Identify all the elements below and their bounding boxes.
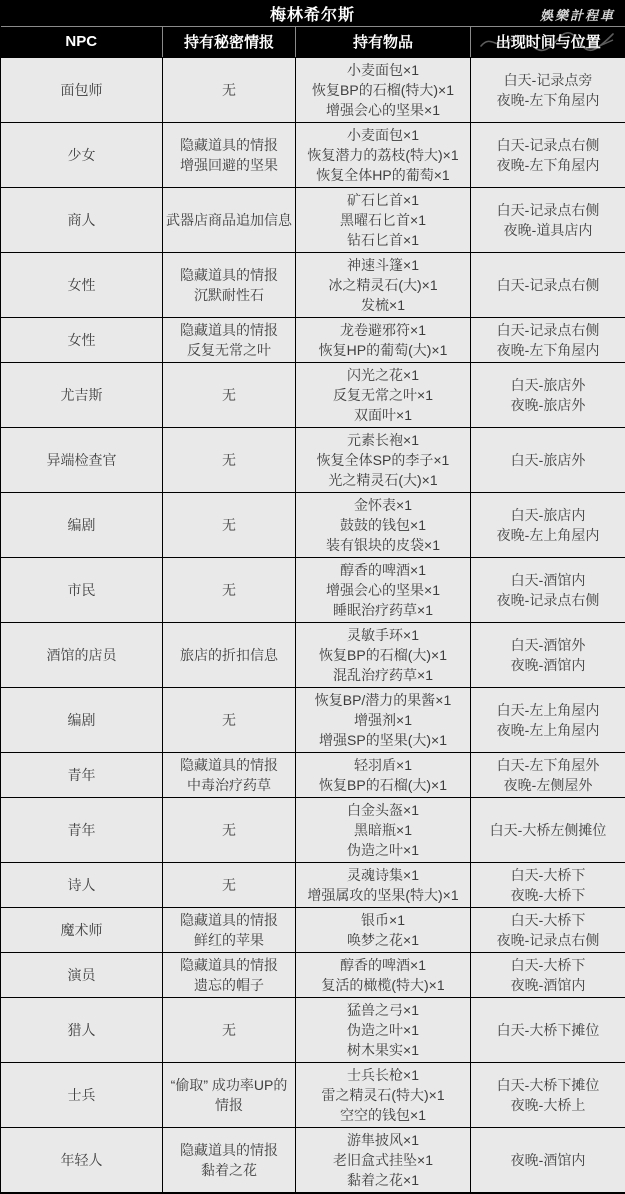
npc-cell: 尤吉斯 — [1, 363, 163, 428]
secret-info-cell: 隐藏道具的情报遗忘的帽子 — [163, 953, 296, 998]
text-line: 轻羽盾×1 — [299, 755, 467, 775]
secret-info-cell: 隐藏道具的情报增强回避的坚果 — [163, 123, 296, 188]
title-bar: 梅林希尔斯 娛樂計程車 — [0, 0, 625, 26]
text-line: 隐藏道具的情报 — [166, 135, 292, 155]
table-row: 女性隐藏道具的情报反复无常之叶龙卷避邪符×1恢复HP的葡萄(大)×1白天-记录点… — [1, 318, 625, 363]
text-line: 金怀表×1 — [299, 495, 467, 515]
text-line: 夜晚-旅店外 — [474, 395, 622, 415]
items-cell: 灵敏手环×1恢复BP的石榴(大)×1混乱治疗药草×1 — [296, 623, 471, 688]
location-cell: 白天-大桥下摊位 — [471, 998, 625, 1063]
text-line: 隐藏道具的情报 — [166, 955, 292, 975]
text-line: 演员 — [4, 965, 159, 985]
text-line: 青年 — [4, 765, 159, 785]
text-line: 魔术师 — [4, 920, 159, 940]
items-cell: 猛兽之弓×1伪造之叶×1树木果实×1 — [296, 998, 471, 1063]
items-cell: 龙卷避邪符×1恢复HP的葡萄(大)×1 — [296, 318, 471, 363]
npc-table: NPC 持有秘密情报 持有物品 出现时间与位置 面包师无小麦面包×1恢复BP的石… — [0, 26, 625, 1194]
secret-info-cell: 隐藏道具的情报中毒治疗药草 — [163, 753, 296, 798]
text-line: 白天-大桥下 — [474, 955, 622, 975]
items-cell: 元素长袍×1恢复全体SP的李子×1光之精灵石(大)×1 — [296, 428, 471, 493]
text-line: 面包师 — [4, 80, 159, 100]
location-cell: 白天-大桥下夜晚-记录点右侧 — [471, 908, 625, 953]
text-line: 遗忘的帽子 — [166, 975, 292, 995]
text-line: 老旧盒式挂坠×1 — [299, 1150, 467, 1170]
text-line: 年轻人 — [4, 1150, 159, 1170]
text-line: 增强会心的坚果×1 — [299, 580, 467, 600]
items-cell: 游隼披风×1老旧盒式挂坠×1黏着之花×1 — [296, 1128, 471, 1194]
items-cell: 白金头盔×1黑暗瓶×1伪造之叶×1 — [296, 798, 471, 863]
text-line: 女性 — [4, 275, 159, 295]
text-line: 隐藏道具的情报 — [166, 755, 292, 775]
text-line: 增强会心的坚果×1 — [299, 100, 467, 120]
text-line: 诗人 — [4, 875, 159, 895]
text-line: 伪造之叶×1 — [299, 1020, 467, 1040]
items-cell: 小麦面包×1恢复潜力的荔枝(特大)×1恢复全体HP的葡萄×1 — [296, 123, 471, 188]
text-line: 元素长袍×1 — [299, 430, 467, 450]
text-line: 白天-旅店内 — [474, 505, 622, 525]
npc-cell: 编剧 — [1, 493, 163, 558]
npc-cell: 士兵 — [1, 1063, 163, 1128]
text-line: 反复无常之叶 — [166, 340, 292, 360]
text-line: 增强SP的坚果(大)×1 — [299, 730, 467, 750]
text-line: 雷之精灵石(特大)×1 — [299, 1085, 467, 1105]
text-line: 夜晚-左下角屋内 — [474, 340, 622, 360]
secret-info-cell: 无 — [163, 493, 296, 558]
text-line: 恢复BP的石榴(大)×1 — [299, 775, 467, 795]
text-line: 白天-记录点右侧 — [474, 275, 622, 295]
secret-info-cell: 隐藏道具的情报黏着之花 — [163, 1128, 296, 1194]
location-cell: 白天-左下角屋外夜晚-左侧屋外 — [471, 753, 625, 798]
watermark-text: 娛樂計程車 — [540, 5, 615, 24]
text-line: 黑曜石匕首×1 — [299, 210, 467, 230]
text-line: 无 — [166, 875, 292, 895]
table-row: 市民无醇香的啤酒×1增强会心的坚果×1睡眠治疗药草×1白天-酒馆内夜晚-记录点右… — [1, 558, 625, 623]
text-line: 装有银块的皮袋×1 — [299, 535, 467, 555]
text-line: 树木果实×1 — [299, 1040, 467, 1060]
text-line: 士兵 — [4, 1085, 159, 1105]
table-row: 诗人无灵魂诗集×1增强属攻的坚果(特大)×1白天-大桥下夜晚-大桥下 — [1, 863, 625, 908]
text-line: 黏着之花 — [166, 1160, 292, 1180]
text-line: 冰之精灵石(大)×1 — [299, 275, 467, 295]
text-line: 恢复潜力的荔枝(特大)×1 — [299, 145, 467, 165]
location-cell: 白天-记录点右侧夜晚-左下角屋内 — [471, 318, 625, 363]
secret-info-cell: 无 — [163, 558, 296, 623]
npc-cell: 女性 — [1, 318, 163, 363]
text-line: 灵敏手环×1 — [299, 625, 467, 645]
text-line: 白天-记录点右侧 — [474, 320, 622, 340]
npc-cell: 编剧 — [1, 688, 163, 753]
text-line: 夜晚-大桥下 — [474, 885, 622, 905]
text-line: 灵魂诗集×1 — [299, 865, 467, 885]
npc-cell: 面包师 — [1, 58, 163, 123]
npc-cell: 演员 — [1, 953, 163, 998]
items-cell: 金怀表×1鼓鼓的钱包×1装有银块的皮袋×1 — [296, 493, 471, 558]
text-line: 夜晚-记录点右侧 — [474, 930, 622, 950]
location-cell: 白天-记录点右侧夜晚-道具店内 — [471, 188, 625, 253]
table-row: 编剧无恢复BP/潜力的果酱×1增强剂×1增强SP的坚果(大)×1白天-左上角屋内… — [1, 688, 625, 753]
location-cell: 白天-记录点右侧 — [471, 253, 625, 318]
npc-cell: 少女 — [1, 123, 163, 188]
text-line: 青年 — [4, 820, 159, 840]
text-line: 白天-记录点旁 — [474, 70, 622, 90]
text-line: 唤梦之花×1 — [299, 930, 467, 950]
secret-info-cell: 无 — [163, 688, 296, 753]
text-line: 异端检查官 — [4, 450, 159, 470]
secret-info-cell: 无 — [163, 863, 296, 908]
npc-cell: 商人 — [1, 188, 163, 253]
table-row: 编剧无金怀表×1鼓鼓的钱包×1装有银块的皮袋×1白天-旅店内夜晚-左上角屋内 — [1, 493, 625, 558]
table-row: 少女隐藏道具的情报增强回避的坚果小麦面包×1恢复潜力的荔枝(特大)×1恢复全体H… — [1, 123, 625, 188]
secret-info-cell: “偷取” 成功率UP的情报 — [163, 1063, 296, 1128]
secret-info-cell: 无 — [163, 798, 296, 863]
npc-cell: 年轻人 — [1, 1128, 163, 1194]
items-cell: 醇香的啤酒×1增强会心的坚果×1睡眠治疗药草×1 — [296, 558, 471, 623]
text-line: 夜晚-大桥上 — [474, 1095, 622, 1115]
text-line: 夜晚-酒馆内 — [474, 1150, 622, 1170]
secret-info-cell: 无 — [163, 428, 296, 493]
text-line: 恢复全体HP的葡萄×1 — [299, 165, 467, 185]
location-cell: 白天-旅店外 — [471, 428, 625, 493]
items-cell: 闪光之花×1反复无常之叶×1双面叶×1 — [296, 363, 471, 428]
text-line: 白天-大桥下摊位 — [474, 1020, 622, 1040]
table-row: 士兵“偷取” 成功率UP的情报士兵长枪×1雷之精灵石(特大)×1空空的钱包×1白… — [1, 1063, 625, 1128]
items-cell: 矿石匕首×1黑曜石匕首×1钻石匕首×1 — [296, 188, 471, 253]
secret-info-cell: 无 — [163, 58, 296, 123]
text-line: 光之精灵石(大)×1 — [299, 470, 467, 490]
text-line: 复活的橄榄(特大)×1 — [299, 975, 467, 995]
text-line: 反复无常之叶×1 — [299, 385, 467, 405]
secret-info-cell: 无 — [163, 363, 296, 428]
text-line: 醇香的啤酒×1 — [299, 560, 467, 580]
text-line: 猛兽之弓×1 — [299, 1000, 467, 1020]
location-cell: 白天-左上角屋内夜晚-左上角屋内 — [471, 688, 625, 753]
text-line: 恢复BP/潜力的果酱×1 — [299, 690, 467, 710]
text-line: 白天-记录点右侧 — [474, 135, 622, 155]
text-line: 武器店商品追加信息 — [166, 210, 292, 230]
npc-cell: 青年 — [1, 753, 163, 798]
table-row: 女性隐藏道具的情报沉默耐性石神速斗篷×1冰之精灵石(大)×1发梳×1白天-记录点… — [1, 253, 625, 318]
table-row: 猎人无猛兽之弓×1伪造之叶×1树木果实×1白天-大桥下摊位 — [1, 998, 625, 1063]
text-line: 增强属攻的坚果(特大)×1 — [299, 885, 467, 905]
table-row: 面包师无小麦面包×1恢复BP的石榴(特大)×1增强会心的坚果×1白天-记录点旁夜… — [1, 58, 625, 123]
text-line: 白天-左下角屋外 — [474, 755, 622, 775]
text-line: 白天-旅店外 — [474, 450, 622, 470]
text-line: 黏着之花×1 — [299, 1170, 467, 1190]
page-title: 梅林希尔斯 — [270, 2, 355, 25]
text-line: 夜晚-记录点右侧 — [474, 590, 622, 610]
location-cell: 白天-酒馆内夜晚-记录点右侧 — [471, 558, 625, 623]
text-line: 矿石匕首×1 — [299, 190, 467, 210]
items-cell: 醇香的啤酒×1复活的橄榄(特大)×1 — [296, 953, 471, 998]
text-line: 增强回避的坚果 — [166, 155, 292, 175]
text-line: 夜晚-酒馆内 — [474, 975, 622, 995]
npc-guide-page: 梅林希尔斯 娛樂計程車 NPC 持有秘密情报 持有物品 出现时间与位置 面包师无… — [0, 0, 625, 1194]
text-line: 夜晚-左下角屋内 — [474, 155, 622, 175]
text-line: 银币×1 — [299, 910, 467, 930]
table-row: 魔术师隐藏道具的情报鲜红的苹果银币×1唤梦之花×1白天-大桥下夜晚-记录点右侧 — [1, 908, 625, 953]
text-line: 旅店的折扣信息 — [166, 645, 292, 665]
text-line: 白天-大桥左侧摊位 — [474, 820, 622, 840]
npc-cell: 青年 — [1, 798, 163, 863]
text-line: 隐藏道具的情报 — [166, 910, 292, 930]
location-cell: 夜晚-酒馆内 — [471, 1128, 625, 1194]
text-line: 龙卷避邪符×1 — [299, 320, 467, 340]
text-line: 士兵长枪×1 — [299, 1065, 467, 1085]
text-line: 夜晚-左下角屋内 — [474, 90, 622, 110]
text-line: 猎人 — [4, 1020, 159, 1040]
text-line: 白天-大桥下摊位 — [474, 1075, 622, 1095]
location-cell: 白天-记录点右侧夜晚-左下角屋内 — [471, 123, 625, 188]
text-line: 混乱治疗药草×1 — [299, 665, 467, 685]
text-line: 女性 — [4, 330, 159, 350]
text-line: 闪光之花×1 — [299, 365, 467, 385]
text-line: 双面叶×1 — [299, 405, 467, 425]
text-line: 隐藏道具的情报 — [166, 265, 292, 285]
text-line: 钻石匕首×1 — [299, 230, 467, 250]
location-cell: 白天-大桥下夜晚-酒馆内 — [471, 953, 625, 998]
npc-cell: 女性 — [1, 253, 163, 318]
location-cell: 白天-酒馆外夜晚-酒馆内 — [471, 623, 625, 688]
text-line: 白天-记录点右侧 — [474, 200, 622, 220]
text-line: 酒馆的店员 — [4, 645, 159, 665]
text-line: 无 — [166, 450, 292, 470]
text-line: 市民 — [4, 580, 159, 600]
col-header-npc: NPC — [1, 27, 163, 58]
text-line: 游隼披风×1 — [299, 1130, 467, 1150]
items-cell: 神速斗篷×1冰之精灵石(大)×1发梳×1 — [296, 253, 471, 318]
text-line: 白天-酒馆外 — [474, 635, 622, 655]
text-line: 睡眠治疗药草×1 — [299, 600, 467, 620]
table-row: 酒馆的店员旅店的折扣信息灵敏手环×1恢复BP的石榴(大)×1混乱治疗药草×1白天… — [1, 623, 625, 688]
text-line: 商人 — [4, 210, 159, 230]
col-header-secret: 持有秘密情报 — [163, 27, 296, 58]
secret-info-cell: 旅店的折扣信息 — [163, 623, 296, 688]
text-line: 无 — [166, 820, 292, 840]
secret-info-cell: 武器店商品追加信息 — [163, 188, 296, 253]
text-line: “偷取” 成功率UP的情报 — [166, 1075, 292, 1115]
text-line: 白金头盔×1 — [299, 800, 467, 820]
text-line: 编剧 — [4, 710, 159, 730]
text-line: 恢复BP的石榴(特大)×1 — [299, 80, 467, 100]
npc-cell: 市民 — [1, 558, 163, 623]
text-line: 伪造之叶×1 — [299, 840, 467, 860]
text-line: 白天-左上角屋内 — [474, 700, 622, 720]
text-line: 少女 — [4, 145, 159, 165]
text-line: 中毒治疗药草 — [166, 775, 292, 795]
secret-info-cell: 无 — [163, 998, 296, 1063]
text-line: 恢复HP的葡萄(大)×1 — [299, 340, 467, 360]
table-row: 异端检查官无元素长袍×1恢复全体SP的李子×1光之精灵石(大)×1白天-旅店外 — [1, 428, 625, 493]
col-header-items: 持有物品 — [296, 27, 471, 58]
text-line: 夜晚-酒馆内 — [474, 655, 622, 675]
text-line: 无 — [166, 710, 292, 730]
text-line: 增强剂×1 — [299, 710, 467, 730]
location-cell: 白天-大桥下夜晚-大桥下 — [471, 863, 625, 908]
npc-cell: 诗人 — [1, 863, 163, 908]
text-line: 无 — [166, 80, 292, 100]
items-cell: 小麦面包×1恢复BP的石榴(特大)×1增强会心的坚果×1 — [296, 58, 471, 123]
text-line: 夜晚-左上角屋内 — [474, 720, 622, 740]
text-line: 沉默耐性石 — [166, 285, 292, 305]
text-line: 黑暗瓶×1 — [299, 820, 467, 840]
secret-info-cell: 隐藏道具的情报沉默耐性石 — [163, 253, 296, 318]
npc-cell: 酒馆的店员 — [1, 623, 163, 688]
table-row: 青年无白金头盔×1黑暗瓶×1伪造之叶×1白天-大桥左侧摊位 — [1, 798, 625, 863]
location-cell: 白天-旅店内夜晚-左上角屋内 — [471, 493, 625, 558]
text-line: 恢复全体SP的李子×1 — [299, 450, 467, 470]
items-cell: 轻羽盾×1恢复BP的石榴(大)×1 — [296, 753, 471, 798]
text-line: 编剧 — [4, 515, 159, 535]
table-body: 面包师无小麦面包×1恢复BP的石榴(特大)×1增强会心的坚果×1白天-记录点旁夜… — [1, 58, 625, 1194]
text-line: 小麦面包×1 — [299, 125, 467, 145]
text-line: 无 — [166, 1020, 292, 1040]
text-line: 白天-旅店外 — [474, 375, 622, 395]
text-line: 鼓鼓的钱包×1 — [299, 515, 467, 535]
location-cell: 白天-大桥下摊位夜晚-大桥上 — [471, 1063, 625, 1128]
text-line: 隐藏道具的情报 — [166, 320, 292, 340]
table-row: 青年隐藏道具的情报中毒治疗药草轻羽盾×1恢复BP的石榴(大)×1白天-左下角屋外… — [1, 753, 625, 798]
npc-cell: 魔术师 — [1, 908, 163, 953]
text-line: 无 — [166, 580, 292, 600]
text-line: 空空的钱包×1 — [299, 1105, 467, 1125]
location-cell: 白天-记录点旁夜晚-左下角屋内 — [471, 58, 625, 123]
text-line: 夜晚-左上角屋内 — [474, 525, 622, 545]
secret-info-cell: 隐藏道具的情报鲜红的苹果 — [163, 908, 296, 953]
text-line: 夜晚-道具店内 — [474, 220, 622, 240]
text-line: 恢复BP的石榴(大)×1 — [299, 645, 467, 665]
table-row: 商人武器店商品追加信息矿石匕首×1黑曜石匕首×1钻石匕首×1白天-记录点右侧夜晚… — [1, 188, 625, 253]
col-header-location: 出现时间与位置 — [471, 27, 625, 58]
text-line: 白天-大桥下 — [474, 865, 622, 885]
table-row: 演员隐藏道具的情报遗忘的帽子醇香的啤酒×1复活的橄榄(特大)×1白天-大桥下夜晚… — [1, 953, 625, 998]
text-line: 白天-大桥下 — [474, 910, 622, 930]
items-cell: 银币×1唤梦之花×1 — [296, 908, 471, 953]
location-cell: 白天-旅店外夜晚-旅店外 — [471, 363, 625, 428]
text-line: 鲜红的苹果 — [166, 930, 292, 950]
items-cell: 恢复BP/潜力的果酱×1增强剂×1增强SP的坚果(大)×1 — [296, 688, 471, 753]
header-row: NPC 持有秘密情报 持有物品 出现时间与位置 — [1, 27, 625, 58]
text-line: 白天-酒馆内 — [474, 570, 622, 590]
text-line: 无 — [166, 385, 292, 405]
text-line: 尤吉斯 — [4, 385, 159, 405]
text-line: 神速斗篷×1 — [299, 255, 467, 275]
npc-cell: 异端检查官 — [1, 428, 163, 493]
text-line: 隐藏道具的情报 — [166, 1140, 292, 1160]
items-cell: 士兵长枪×1雷之精灵石(特大)×1空空的钱包×1 — [296, 1063, 471, 1128]
text-line: 夜晚-左侧屋外 — [474, 775, 622, 795]
secret-info-cell: 隐藏道具的情报反复无常之叶 — [163, 318, 296, 363]
text-line: 醇香的啤酒×1 — [299, 955, 467, 975]
text-line: 发梳×1 — [299, 295, 467, 315]
npc-cell: 猎人 — [1, 998, 163, 1063]
text-line: 小麦面包×1 — [299, 60, 467, 80]
table-row: 年轻人隐藏道具的情报黏着之花游隼披风×1老旧盒式挂坠×1黏着之花×1夜晚-酒馆内 — [1, 1128, 625, 1194]
items-cell: 灵魂诗集×1增强属攻的坚果(特大)×1 — [296, 863, 471, 908]
text-line: 无 — [166, 515, 292, 535]
location-cell: 白天-大桥左侧摊位 — [471, 798, 625, 863]
table-row: 尤吉斯无闪光之花×1反复无常之叶×1双面叶×1白天-旅店外夜晚-旅店外 — [1, 363, 625, 428]
